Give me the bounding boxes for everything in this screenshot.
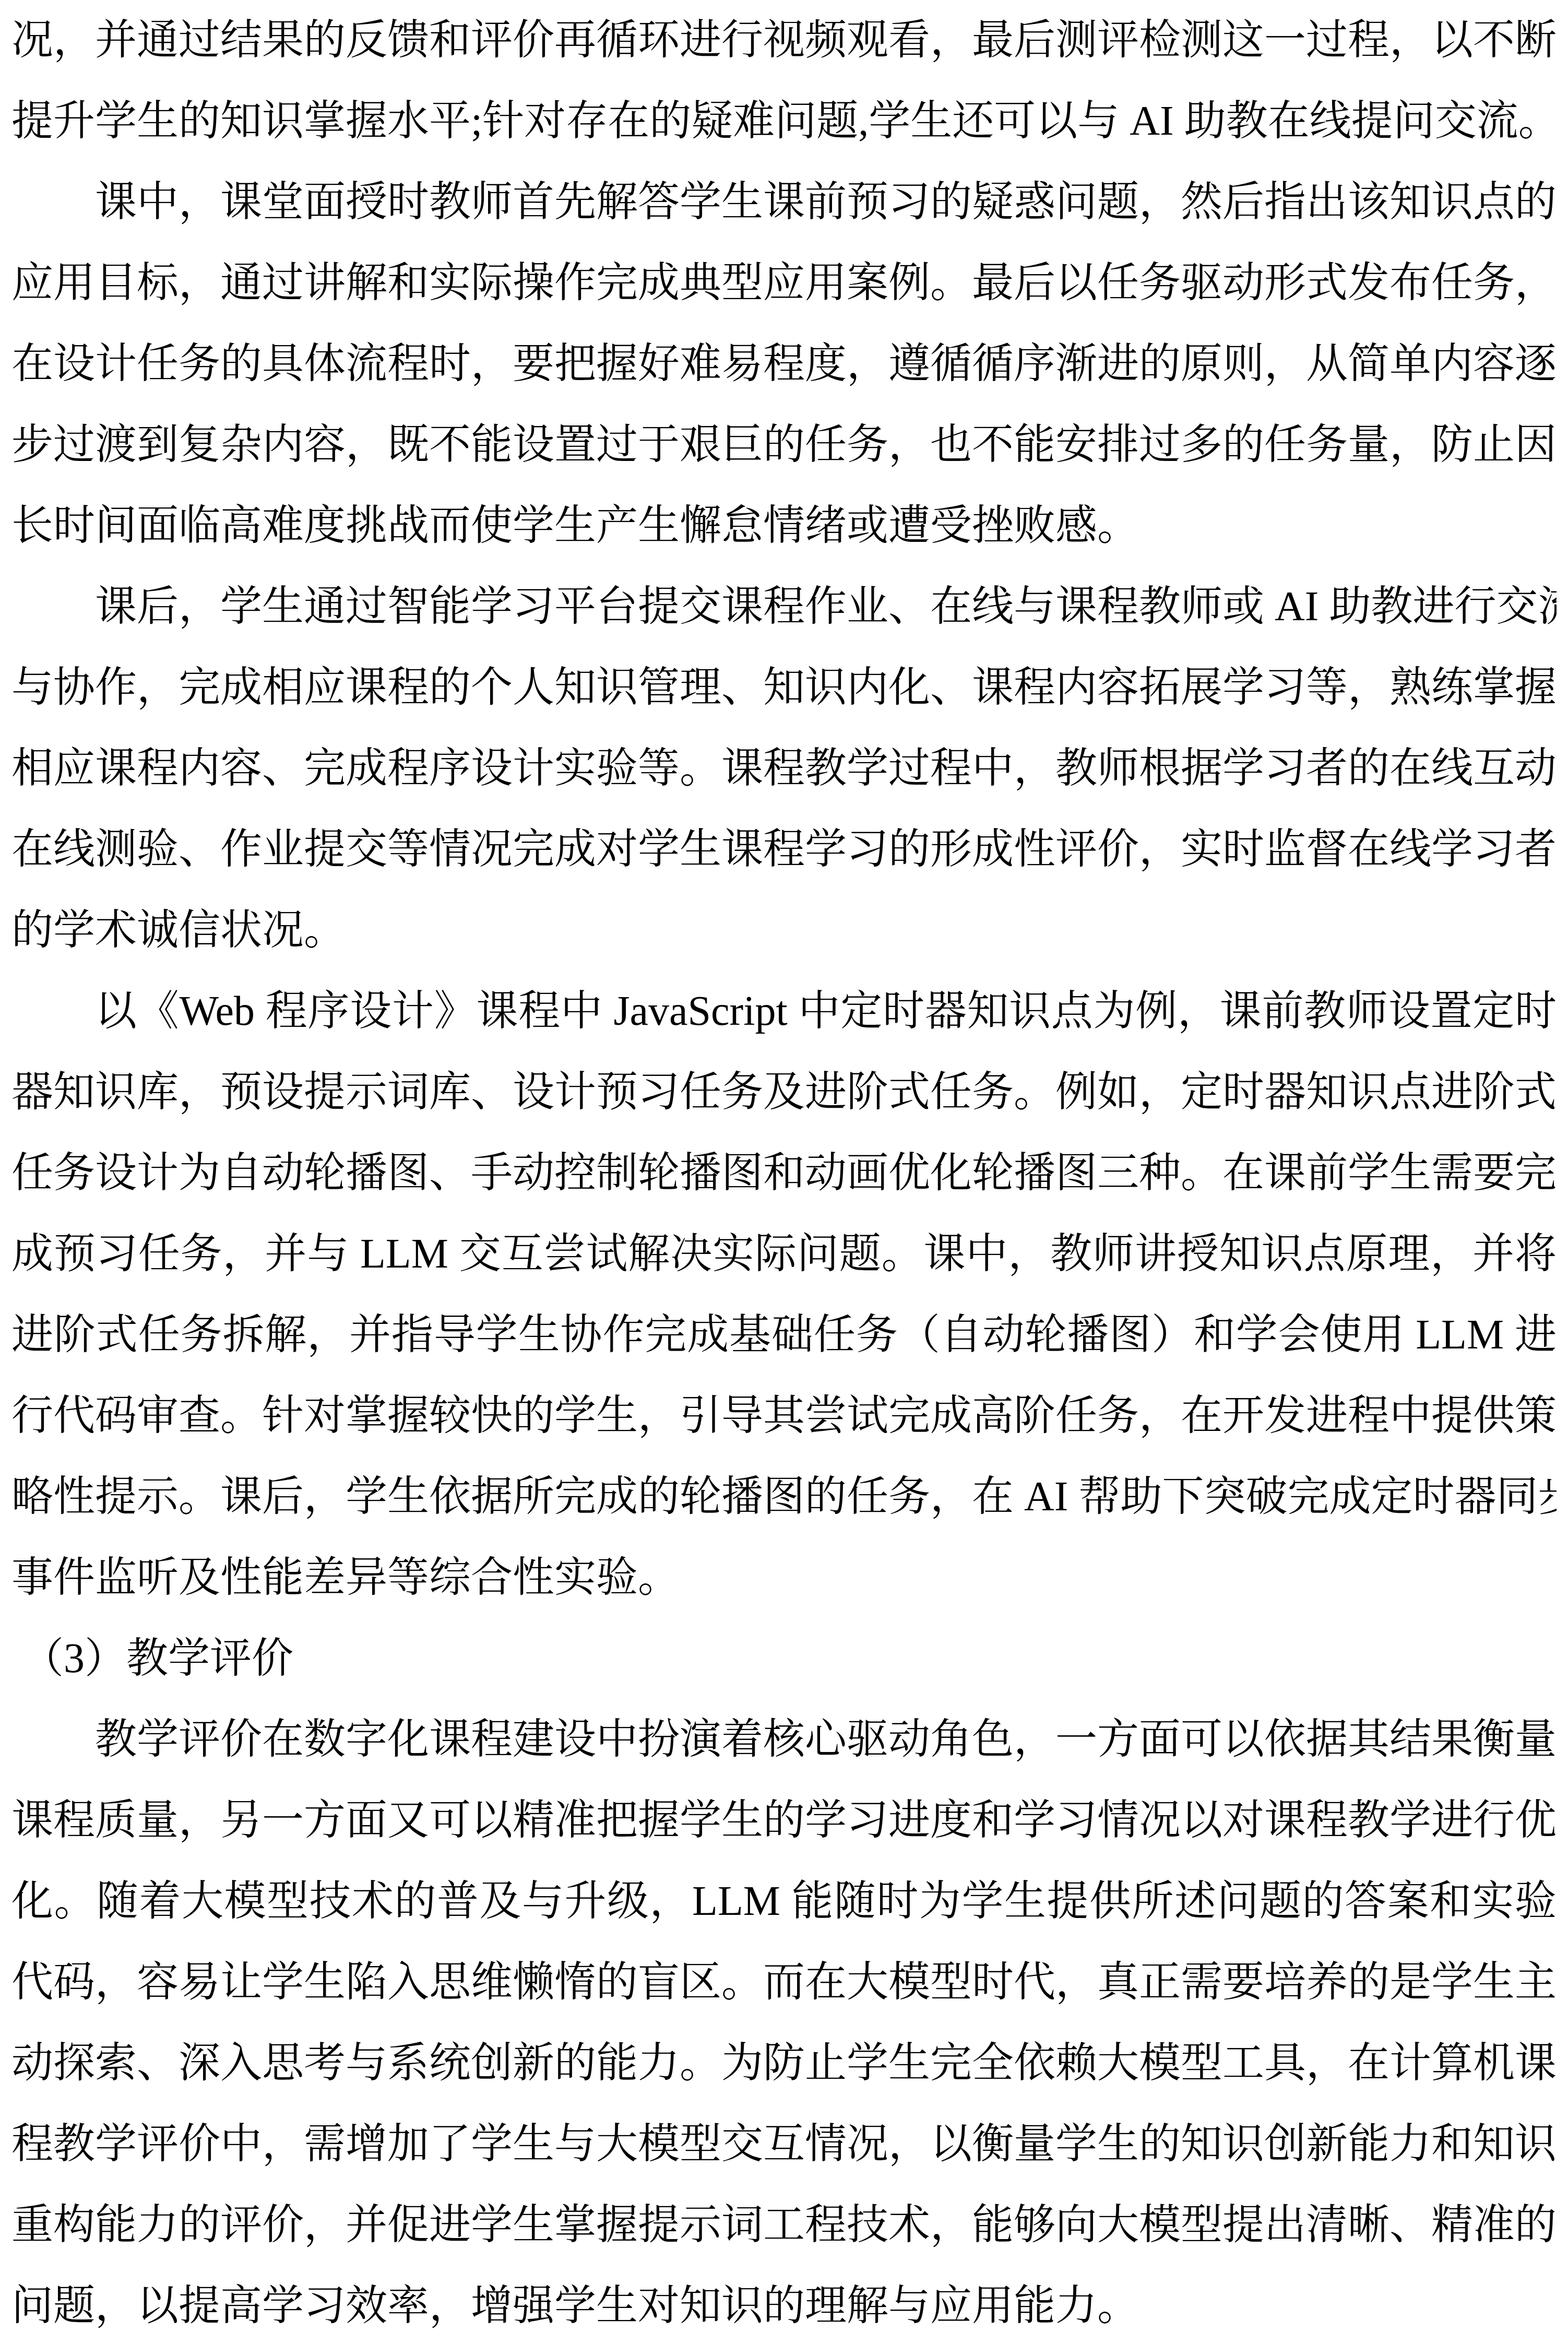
text-line: 课程质量，另一方面又可以精准把握学生的学习进度和学习情况以对课程教学进行优 [11,1780,1557,1861]
paragraph-in-class: 课中，课堂面授时教师首先解答学生课前预习的疑惑问题，然后指出该知识点的 应用目标… [11,162,1557,566]
text-line: 长时间面临高难度挑战而使学生产生懈怠情绪或遭受挫败感。 [11,486,1557,566]
text-line: 程教学评价中，需增加了学生与大模型交互情况，以衡量学生的知识创新能力和知识 [11,2104,1557,2185]
text-line: 应用目标，通过讲解和实际操作完成典型应用案例。最后以任务驱动形式发布任务， [11,243,1557,324]
text-line: 行代码审查。针对掌握较快的学生，引导其尝试完成高阶任务，在开发进程中提供策 [11,1376,1557,1457]
text-line: 课中，课堂面授时教师首先解答学生课前预习的疑惑问题，然后指出该知识点的 [11,162,1557,243]
text-line: 教学评价在数字化课程建设中扮演着核心驱动角色，一方面可以依据其结果衡量 [11,1699,1557,1780]
text-line: 事件监听及性能差异等综合性实验。 [11,1537,1557,1618]
text-line: 的学术诚信状况。 [11,890,1557,971]
text-line: 代码，容易让学生陷入思维懒惰的盲区。而在大模型时代，真正需要培养的是学生主 [11,1942,1557,2023]
text-line: 况，并通过结果的反馈和评价再循环进行视频观看，最后测评检测这一过程，以不断 [11,0,1557,81]
text-line: 略性提示。课后，学生依据所完成的轮播图的任务，在 AI 帮助下突破完成定时器同步… [11,1457,1557,1537]
text-line: 相应课程内容、完成程序设计实验等。课程教学过程中，教师根据学习者的在线互动、 [11,728,1557,809]
text-line: 以《Web 程序设计》课程中 JavaScript 中定时器知识点为例，课前教师… [11,971,1557,1052]
text-line: 步过渡到复杂内容，既不能设置过于艰巨的任务，也不能安排过多的任务量，防止因 [11,405,1557,486]
text-line: 成预习任务，并与 LLM 交互尝试解决实际问题。课中，教师讲授知识点原理，并将 [11,1214,1557,1295]
paragraph-evaluation: 教学评价在数字化课程建设中扮演着核心驱动角色，一方面可以依据其结果衡量 课程质量… [11,1699,1557,2344]
paragraph-example: 以《Web 程序设计》课程中 JavaScript 中定时器知识点为例，课前教师… [11,971,1557,1618]
paragraph-after-class: 课后，学生通过智能学习平台提交课程作业、在线与课程教师或 AI 助教进行交流 与… [11,566,1557,971]
text-line: 提升学生的知识掌握水平;针对存在的疑难问题,学生还可以与 AI 助教在线提问交流… [11,81,1557,162]
text-line: 问题，以提高学习效率，增强学生对知识的理解与应用能力。 [11,2266,1557,2344]
section-heading: （3）教学评价 [11,1618,1557,1699]
text-line: 重构能力的评价，并促进学生掌握提示词工程技术，能够向大模型提出清晰、精准的 [11,2185,1557,2266]
text-line: 化。随着大模型技术的普及与升级，LLM 能随时为学生提供所述问题的答案和实验 [11,1861,1557,1942]
text-line: 课后，学生通过智能学习平台提交课程作业、在线与课程教师或 AI 助教进行交流 [11,566,1557,647]
document-page: 况，并通过结果的反馈和评价再循环进行视频观看，最后测评检测这一过程，以不断 提升… [0,0,1568,2344]
text-line: 器知识库，预设提示词库、设计预习任务及进阶式任务。例如，定时器知识点进阶式 [11,1052,1557,1133]
text-line: 与协作，完成相应课程的个人知识管理、知识内化、课程内容拓展学习等，熟练掌握 [11,647,1557,728]
paragraph-continuation: 况，并通过结果的反馈和评价再循环进行视频观看，最后测评检测这一过程，以不断 提升… [11,0,1557,162]
document-body: 况，并通过结果的反馈和评价再循环进行视频观看，最后测评检测这一过程，以不断 提升… [11,0,1557,2344]
text-line: 在设计任务的具体流程时，要把握好难易程度，遵循循序渐进的原则，从简单内容逐 [11,324,1557,405]
text-line: 动探索、深入思考与系统创新的能力。为防止学生完全依赖大模型工具，在计算机课 [11,2023,1557,2104]
text-line: 进阶式任务拆解，并指导学生协作完成基础任务（自动轮播图）和学会使用 LLM 进 [11,1295,1557,1376]
text-line: 任务设计为自动轮播图、手动控制轮播图和动画优化轮播图三种。在课前学生需要完 [11,1133,1557,1214]
text-line: 在线测验、作业提交等情况完成对学生课程学习的形成性评价，实时监督在线学习者 [11,809,1557,890]
